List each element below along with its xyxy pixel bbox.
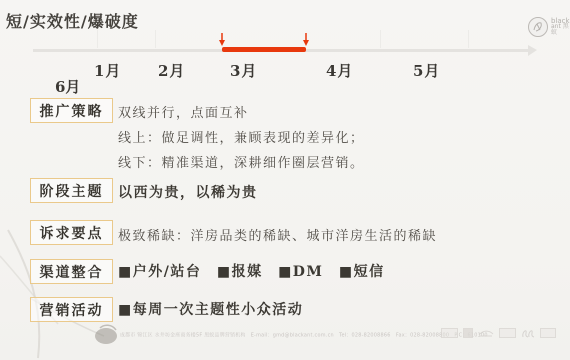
month-label-feb: 2月	[158, 60, 185, 81]
down-arrow-icon	[302, 33, 310, 47]
down-arrow-icon	[218, 33, 226, 47]
section-tag-appeal-points: 诉求要点	[30, 220, 113, 245]
timeline-tick	[97, 30, 98, 48]
month-label-may: 5月	[413, 60, 440, 81]
section-tag-marketing-activity: 营销活动	[30, 297, 113, 322]
partner-logo-4	[499, 328, 516, 338]
brand-logo: black ant 黑蚁	[528, 17, 570, 37]
month-label-jan: 1月	[94, 60, 121, 81]
month-label-apr: 4月	[326, 60, 353, 81]
timeline-tick	[468, 30, 469, 48]
partner-logo-1	[441, 328, 458, 338]
timeline-highlight-bar	[222, 47, 306, 52]
section-label: 阶段主题	[40, 181, 104, 201]
month-label-jun: 6月	[55, 76, 80, 97]
footer-contact-info: 成都市 锦江区 水井坊金座商务楼5F 黑蚁品牌营销机构 E-mail：gmd@b…	[120, 331, 488, 338]
partner-logo-2	[463, 328, 473, 338]
marketing-activity-line1: ■每周一次主题性小众活动	[118, 299, 303, 319]
footer-partner-logos	[441, 328, 556, 338]
timeline-tick	[380, 30, 381, 48]
slide-title: 短/实效性/爆破度	[6, 9, 139, 32]
promotion-strategy-line2: 线上：做足调性，兼顾表现的差异化；	[118, 127, 365, 146]
section-label: 营销活动	[40, 300, 104, 320]
channel-integration-line1: ■户外/站台 ■报媒 ■DM ■短信	[118, 261, 385, 281]
partner-logo-5	[521, 329, 535, 338]
brand-line2: ant 黑蚁	[551, 24, 570, 36]
month-label-mar: 3月	[230, 60, 257, 81]
black-ant-logo-icon	[528, 17, 548, 37]
partner-logo-3	[478, 329, 494, 337]
slide-canvas: 短/实效性/爆破度 black ant 黑蚁 1月 2月 3月 4月 5月 6月…	[0, 0, 570, 360]
section-tag-promotion-strategy: 推广策略	[30, 98, 113, 123]
timeline-tick	[155, 30, 156, 48]
promotion-strategy-line3: 线下：精准渠道，深耕细作圈层营销。	[118, 152, 365, 171]
timeline-arrowhead-icon	[528, 45, 537, 56]
section-label: 推广策略	[40, 101, 104, 121]
section-tag-phase-theme: 阶段主题	[30, 178, 113, 203]
phase-theme-line1: 以西为贵，以稀为贵	[118, 182, 258, 202]
ink-branch-decoration	[0, 228, 130, 360]
partner-logo-6	[540, 328, 556, 338]
brand-text: black ant 黑蚁	[551, 18, 570, 36]
section-tag-channel-integration: 渠道整合	[30, 259, 113, 284]
appeal-points-line1: 极致稀缺：洋房品类的稀缺、城市洋房生活的稀缺	[118, 225, 437, 244]
section-label: 渠道整合	[40, 262, 104, 282]
promotion-strategy-line1: 双线并行，点面互补	[118, 102, 249, 121]
section-label: 诉求要点	[40, 223, 104, 243]
